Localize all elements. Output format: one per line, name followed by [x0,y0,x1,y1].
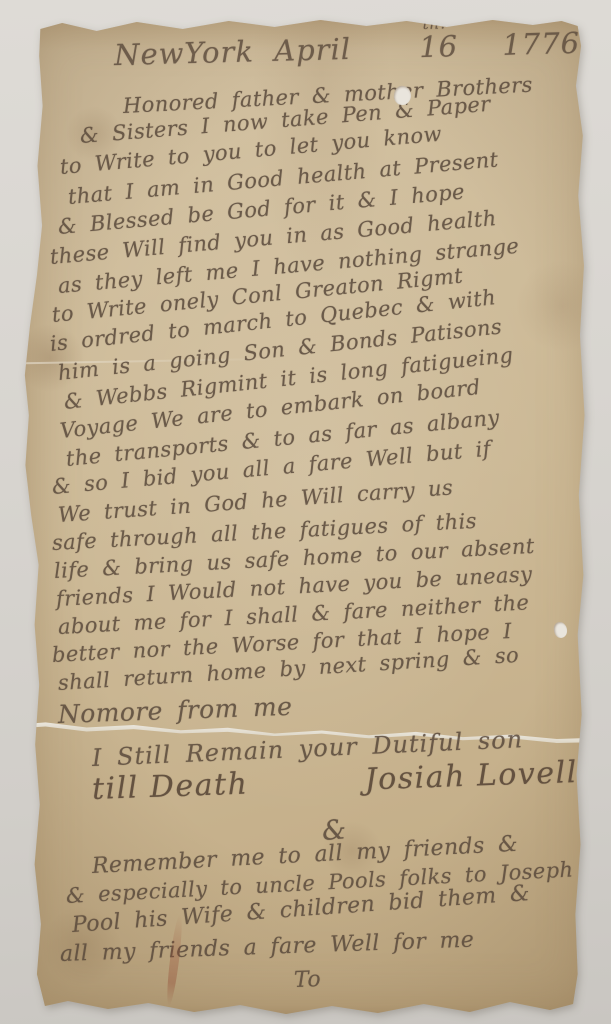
signature: Josiah Lovell [364,755,578,797]
paper-hole [553,621,568,639]
dateline-day: th. 16 [419,29,459,64]
postscript-line: To [294,967,322,993]
paper-shadow-wrap: NewYork April th. 16 1776 Honored father… [0,0,611,1024]
closing-till-death: till Death [91,767,249,807]
dateline-day-number: 16 [419,29,459,64]
letter-paper: NewYork April th. 16 1776 Honored father… [22,16,596,1014]
letter-line: Nomore from me [57,692,292,729]
dateline-place: NewYork [114,34,255,72]
dateline: NewYork April th. 16 1776 [114,26,581,72]
photo-of-letter: NewYork April th. 16 1776 Honored father… [0,0,611,1024]
dateline-year: 1776 [502,26,581,62]
dateline-month: April [274,32,352,68]
dateline-day-suffix: th. [422,14,446,33]
